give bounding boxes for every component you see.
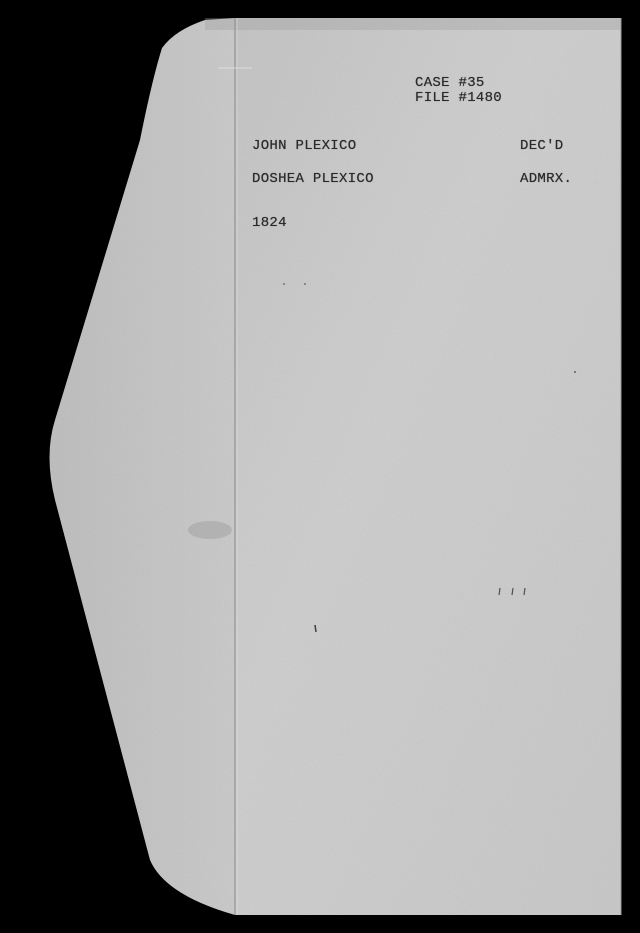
decedent-status: DEC'D xyxy=(520,139,564,153)
decedent-name: JOHN PLEXICO xyxy=(252,139,356,153)
case-year: 1824 xyxy=(252,216,287,230)
administratrix-role: ADMRX. xyxy=(520,172,572,186)
file-number: FILE #1480 xyxy=(415,91,502,105)
case-number: CASE #35 xyxy=(415,76,485,90)
administratrix-name: DOSHEA PLEXICO xyxy=(252,172,374,186)
